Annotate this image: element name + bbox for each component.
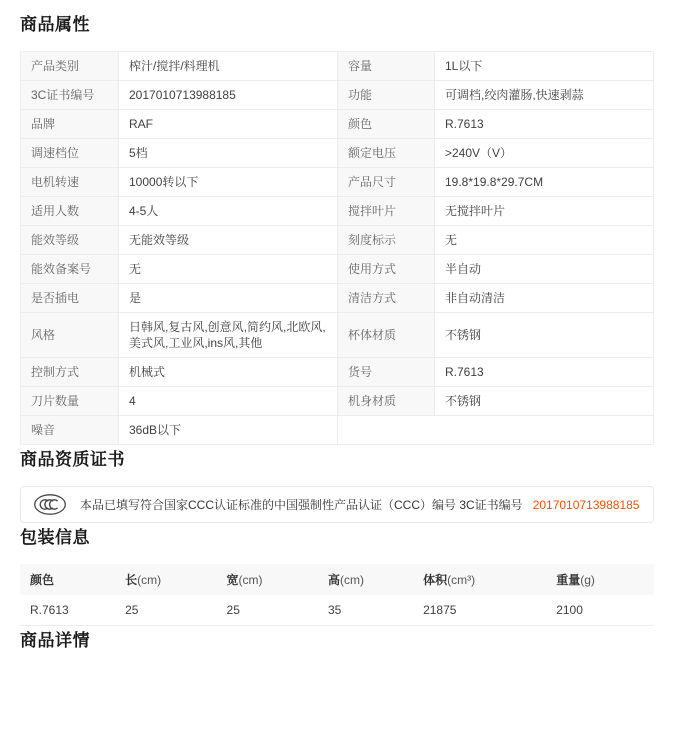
- table-row: 噪音 36dB以下: [21, 415, 653, 444]
- table-row: 是否插电 是 清洁方式 非自动清洁: [21, 283, 653, 312]
- attribute-value: 2017010713988185: [119, 81, 338, 109]
- packaging-data-row: R.7613 25 25 35 21875 2100: [20, 595, 654, 626]
- packaging-header-row: 颜色 长(cm) 宽(cm) 高(cm) 体积(cm³) 重量(g): [20, 564, 654, 595]
- attribute-label: 杯体材质: [338, 313, 435, 357]
- table-row: 产品类别 榨汁/搅拌/料理机 容量 1L以下: [21, 52, 653, 80]
- attribute-label: 功能: [338, 81, 435, 109]
- certificate-statement: 本品已填写符合国家CCC认证标准的中国强制性产品认证（CCC）编号 3C证书编号…: [80, 496, 639, 513]
- attribute-value: R.7613: [435, 358, 653, 386]
- table-row: 品牌 RAF 颜色 R.7613: [21, 109, 653, 138]
- certificate-banner: 本品已填写符合国家CCC认证标准的中国强制性产品认证（CCC）编号 3C证书编号…: [20, 486, 654, 523]
- attribute-value: 不锈钢: [435, 387, 653, 415]
- ccc-certification-icon: [33, 493, 67, 516]
- table-row: 刀片数量 4 机身材质 不锈钢: [21, 386, 653, 415]
- packaging-value-volume: 21875: [413, 595, 546, 626]
- attribute-value: 无: [435, 226, 653, 254]
- attribute-value: 无搅拌叶片: [435, 197, 653, 225]
- attribute-value: 不锈钢: [435, 313, 653, 357]
- attribute-value: 榨汁/搅拌/料理机: [119, 52, 338, 80]
- product-info-page: 商品属性 产品类别 榨汁/搅拌/料理机 容量 1L以下 3C证书编号 20170…: [0, 0, 674, 697]
- attribute-value: 非自动清洁: [435, 284, 653, 312]
- attribute-label: 颜色: [338, 110, 435, 138]
- attribute-label: 刻度标示: [338, 226, 435, 254]
- attributes-table: 产品类别 榨汁/搅拌/料理机 容量 1L以下 3C证书编号 2017010713…: [20, 51, 654, 445]
- packaging-header-length: 长(cm): [115, 564, 216, 595]
- empty-cell: [435, 416, 653, 444]
- attribute-label: 货号: [338, 358, 435, 386]
- empty-cell: [338, 416, 435, 444]
- attribute-label: 搅拌叶片: [338, 197, 435, 225]
- attribute-label: 额定电压: [338, 139, 435, 167]
- table-row: 能效备案号 无 使用方式 半自动: [21, 254, 653, 283]
- packaging-table: 颜色 长(cm) 宽(cm) 高(cm) 体积(cm³) 重量(g) R.761…: [20, 564, 654, 626]
- attribute-value: >240V（V）: [435, 139, 653, 167]
- certificate-statement-text: 本品已填写符合国家CCC认证标准的中国强制性产品认证（CCC）编号 3C证书编号: [80, 498, 523, 512]
- attribute-label: 能效等级: [21, 226, 119, 254]
- packaging-header-volume: 体积(cm³): [413, 564, 546, 595]
- attribute-value: 4: [119, 387, 338, 415]
- attribute-value: 无: [119, 255, 338, 283]
- attribute-label: 清洁方式: [338, 284, 435, 312]
- certificate-number: 2017010713988185: [533, 498, 640, 512]
- packaging-header-weight: 重量(g): [546, 564, 654, 595]
- attribute-value: RAF: [119, 110, 338, 138]
- attribute-value: 可调档,绞肉灌肠,快速剥蒜: [435, 81, 653, 109]
- attribute-label: 噪音: [21, 416, 119, 444]
- packaging-value-length: 25: [115, 595, 216, 626]
- attribute-label: 能效备案号: [21, 255, 119, 283]
- attribute-value: 机械式: [119, 358, 338, 386]
- attribute-value: 10000转以下: [119, 168, 338, 196]
- packaging-value-weight: 2100: [546, 595, 654, 626]
- table-row: 电机转速 10000转以下 产品尺寸 19.8*19.8*29.7CM: [21, 167, 653, 196]
- table-row: 风格 日韩风,复古风,创意风,简约风,北欧风,美式风,工业风,ins风,其他 杯…: [21, 312, 653, 357]
- attribute-label: 机身材质: [338, 387, 435, 415]
- attribute-label: 适用人数: [21, 197, 119, 225]
- table-row: 调速档位 5档 额定电压 >240V（V）: [21, 138, 653, 167]
- table-row: 能效等级 无能效等级 刻度标示 无: [21, 225, 653, 254]
- attribute-value: 19.8*19.8*29.7CM: [435, 168, 653, 196]
- attribute-label: 产品类别: [21, 52, 119, 80]
- attribute-value: 5档: [119, 139, 338, 167]
- attribute-value: 1L以下: [435, 52, 653, 80]
- attribute-value: 4-5人: [119, 197, 338, 225]
- packaging-value-width: 25: [217, 595, 318, 626]
- attribute-label: 是否插电: [21, 284, 119, 312]
- details-section-title: 商品详情: [20, 626, 654, 651]
- attributes-section-title: 商品属性: [20, 10, 654, 35]
- certificate-section-title: 商品资质证书: [20, 445, 654, 470]
- attribute-label: 风格: [21, 313, 119, 357]
- packaging-header-height: 高(cm): [318, 564, 413, 595]
- packaging-value-color: R.7613: [20, 595, 115, 626]
- packaging-header-width: 宽(cm): [217, 564, 318, 595]
- attribute-label: 调速档位: [21, 139, 119, 167]
- attribute-value: R.7613: [435, 110, 653, 138]
- attribute-label: 3C证书编号: [21, 81, 119, 109]
- attribute-value: 日韩风,复古风,创意风,简约风,北欧风,美式风,工业风,ins风,其他: [119, 313, 338, 357]
- packaging-value-height: 35: [318, 595, 413, 626]
- packaging-header-color: 颜色: [20, 564, 115, 595]
- attribute-label: 控制方式: [21, 358, 119, 386]
- attribute-label: 品牌: [21, 110, 119, 138]
- table-row: 适用人数 4-5人 搅拌叶片 无搅拌叶片: [21, 196, 653, 225]
- packaging-section-title: 包装信息: [20, 523, 654, 548]
- attribute-label: 产品尺寸: [338, 168, 435, 196]
- attribute-label: 刀片数量: [21, 387, 119, 415]
- attribute-label: 电机转速: [21, 168, 119, 196]
- table-row: 3C证书编号 2017010713988185 功能 可调档,绞肉灌肠,快速剥蒜: [21, 80, 653, 109]
- table-row: 控制方式 机械式 货号 R.7613: [21, 357, 653, 386]
- attribute-value: 半自动: [435, 255, 653, 283]
- attribute-value: 无能效等级: [119, 226, 338, 254]
- attribute-value: 36dB以下: [119, 416, 338, 444]
- attribute-value: 是: [119, 284, 338, 312]
- attribute-label: 使用方式: [338, 255, 435, 283]
- attribute-label: 容量: [338, 52, 435, 80]
